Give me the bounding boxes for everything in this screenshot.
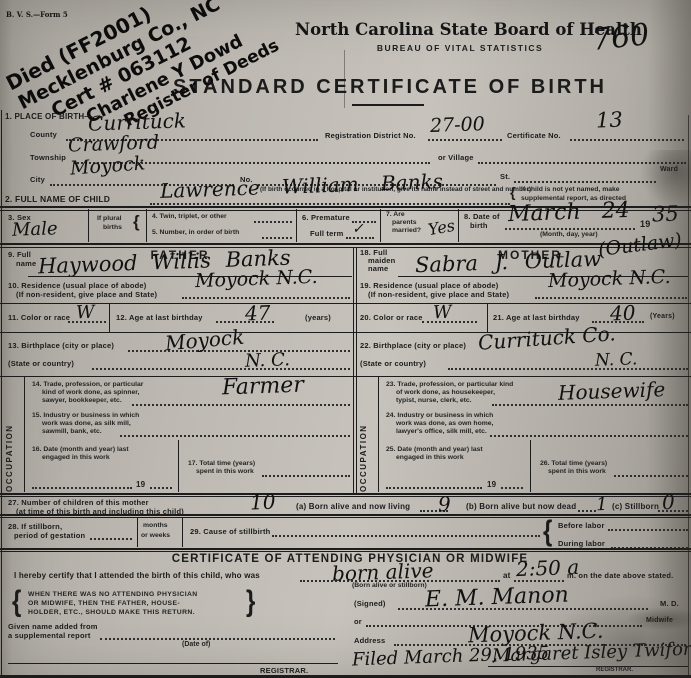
rule-line	[0, 243, 691, 245]
child-name-leader-line	[150, 203, 510, 205]
plural-brace: {	[133, 212, 140, 232]
father-residence-value: Moyock N.C.	[195, 266, 318, 292]
page-number-handwritten: 760	[590, 17, 651, 58]
father-age-value: 47	[245, 301, 271, 326]
father-race-label: 11. Color or race	[8, 313, 70, 322]
father-total-time-leader-line	[262, 475, 350, 477]
address-label: Address	[354, 636, 385, 645]
divider-line	[296, 209, 297, 242]
district-value: 27-00	[430, 113, 486, 137]
if-stillborn-label-1: 28. If stillborn,	[8, 522, 62, 531]
parents-married-label-1: 7. Are	[386, 211, 405, 218]
form-number: B. V. S.—Form 5	[6, 10, 68, 19]
if-stillborn-label-2: period of gestation	[14, 531, 85, 540]
md-label: M. D.	[660, 599, 679, 608]
parents-married-label-3: married?	[392, 227, 421, 234]
full-term-check: ✓	[352, 221, 364, 237]
rule-line	[0, 551, 691, 552]
mother-last-date-label-2: engaged in this work	[396, 454, 464, 461]
birth-order-label: 5. Number, in order of birth	[152, 229, 239, 236]
filing-registrar-underline	[488, 666, 688, 667]
born-alive-living-value: 9	[438, 492, 452, 516]
divider-line	[380, 209, 381, 242]
father-trade-label-3: sawyer, bookkeeper, etc.	[42, 397, 122, 404]
or-label: or	[354, 617, 362, 626]
mother-last-date-leader-line	[386, 487, 482, 489]
divider-line	[137, 518, 138, 547]
city-label: City	[30, 175, 45, 184]
father-race-value: W	[76, 302, 95, 324]
ward-label: Ward	[660, 166, 678, 173]
children-total-value: 10	[250, 490, 276, 515]
cause-of-stillbirth-label: 29. Cause of stillbirth	[190, 527, 270, 536]
child-name-value: Lawrence William Banks	[160, 169, 444, 203]
mother-residence-value: Moyock N.C.	[548, 266, 671, 292]
township-value: Crawford	[68, 131, 160, 156]
rule-line	[0, 517, 691, 518]
city-value: Moyock	[69, 152, 146, 179]
mother-trade-label-3: typist, nurse, clerk, etc.	[396, 397, 472, 404]
months-label: months	[143, 522, 168, 529]
or-village-label: or Village	[438, 153, 474, 162]
no-attending-note-2: OR MIDWIFE, THEN THE FATHER, HOUSE-	[28, 600, 180, 607]
midwife-label: Midwife	[646, 617, 673, 624]
divider-line	[458, 209, 459, 242]
divider-line	[109, 304, 110, 332]
org-title: North Carolina State Board of Health	[295, 20, 625, 39]
mother-residence-label-2: (If non-resident, give place and State)	[368, 290, 509, 299]
father-trade-leader-line	[132, 404, 350, 406]
st-leader-line	[514, 181, 656, 183]
mother-fullname-label-3: name	[368, 264, 388, 273]
father-birthplace-state-leader-line	[92, 368, 350, 370]
date-of-birth-value: March 24	[508, 198, 630, 227]
rule-line	[0, 303, 355, 304]
mother-birthplace-label: 22. Birthplace (city or place)	[360, 341, 466, 350]
father-fullname-label-1: 9. Full	[8, 250, 31, 259]
birth-order-leader-line	[262, 237, 292, 239]
mother-trade-leader-line	[492, 404, 688, 406]
mother-trade-value: Housewife	[558, 377, 666, 405]
dob-leader-line	[505, 228, 635, 230]
father-birthplace-label: 13. Birthplace (city or place)	[8, 341, 114, 350]
supplemental-leader-line	[100, 638, 335, 640]
birth-certificate-scan: B. V. S.—Form 5 North Carolina State Boa…	[0, 0, 691, 678]
district-leader-line	[428, 139, 502, 141]
mother-birthplace-state-value: N. C.	[595, 349, 638, 370]
mother-age-years-label: (Years)	[650, 313, 675, 320]
father-last-date-label-2: engaged in this work	[42, 454, 110, 461]
mother-industry-label-3: lawyer's office, silk mill, etc.	[396, 428, 487, 435]
bottom-border-line	[0, 675, 691, 678]
dob-year-value: 35	[652, 202, 680, 227]
divider-line	[182, 518, 183, 547]
born-alive-living-label: (a) Born alive and now living	[296, 502, 410, 511]
children-count-label-1: 27. Number of children of this mother	[8, 498, 149, 507]
mother-last-date-year-printed: 19	[487, 480, 496, 489]
divider-line	[24, 376, 25, 492]
father-trade-label-1: 14. Trade, profession, or particular	[32, 381, 143, 388]
right-border-line	[688, 115, 689, 676]
cause-leader-line	[272, 535, 540, 537]
rule-line	[0, 493, 691, 495]
mother-trade-label-2: of work done, as housekeeper,	[396, 389, 495, 396]
center-divider-line	[353, 247, 354, 493]
twin-label: 4. Twin, triplet, or other	[152, 213, 227, 220]
father-total-time-label-2: spent in this work	[196, 468, 254, 475]
father-industry-label-1: 15. Industry or business in which	[32, 412, 139, 419]
sex-value: Male	[12, 218, 58, 241]
bureau-subtitle: BUREAU OF VITAL STATISTICS	[295, 43, 625, 53]
father-industry-label-2: work was done, as silk mill,	[42, 420, 131, 427]
rule-line	[355, 303, 691, 304]
title-underline	[352, 104, 424, 106]
date-of-label: (Date of)	[182, 641, 210, 648]
before-labor-leader-line	[608, 529, 688, 531]
township-label: Township	[30, 153, 66, 162]
father-fullname-label-2: name	[16, 259, 36, 268]
registration-district-label: Registration District No.	[325, 131, 416, 140]
mother-industry-label-2: work was done, as own home,	[396, 420, 493, 427]
given-name-added-label-2: a supplemental report	[8, 631, 91, 640]
certify-statement: I hereby certify that I attended the bir…	[14, 571, 260, 580]
mother-trade-label-1: 23. Trade, profession, or particular kin…	[386, 381, 513, 388]
father-total-time-label-1: 17. Total time (years)	[188, 460, 255, 467]
parents-married-value: Yes	[427, 216, 457, 239]
left-border-line	[1, 110, 2, 676]
born-alive-dead-label: (b) Born alive but now dead	[466, 502, 576, 511]
mother-residence-leader-line	[535, 297, 687, 299]
or-weeks-label: or weeks	[141, 532, 170, 539]
registrar-signature-line	[8, 663, 338, 664]
plural-births-label-1: If plural	[97, 215, 122, 222]
mother-race-label: 20. Color or race	[360, 313, 423, 322]
gestation-leader-line	[90, 538, 132, 540]
mother-residence-label-1: 19. Residence (usual place of abode)	[360, 281, 499, 290]
at-label: at	[503, 571, 511, 580]
father-last-date-year-leader-line	[150, 487, 172, 489]
full-term-label: Full term	[310, 229, 343, 238]
divider-line	[530, 440, 531, 492]
certificate-no-value: 13	[596, 108, 624, 133]
child-note-brace: {	[510, 184, 516, 200]
county-label: County	[30, 130, 57, 139]
parents-married-label-2: parents	[392, 219, 417, 226]
rule-line	[0, 496, 691, 497]
mother-birthplace-state-label: (State or country)	[360, 359, 426, 368]
father-residence-label-1: 10. Residence (usual place of abode)	[8, 281, 147, 290]
registrar-small-label: REGISTRAR.	[596, 667, 633, 673]
center-divider-line	[356, 247, 357, 493]
father-age-label: 12. Age at last birthday	[116, 313, 203, 322]
divider-line	[146, 209, 147, 242]
condition-note: (Born alive or stillborn)	[352, 582, 427, 589]
father-industry-label-3: sawmill, bank, etc.	[42, 428, 102, 435]
no-attending-note-3: HOLDER, ETC., SHOULD MAKE THIS RETURN.	[28, 609, 195, 616]
father-residence-leader-line	[182, 297, 350, 299]
stillborn-count-value: 0	[662, 490, 676, 514]
certificate-no-leader-line	[570, 139, 684, 141]
mother-last-date-year-leader-line	[501, 487, 523, 489]
dob-year-printed: 19	[640, 219, 650, 229]
signed-label: (Signed)	[354, 599, 386, 608]
no-attending-brace-open: {	[12, 585, 22, 620]
given-name-added-label-1: Given name added from	[8, 622, 98, 631]
mother-last-date-label-1: 25. Date (month and year) last	[386, 446, 483, 453]
father-birthplace-state-label: (State or country)	[8, 359, 74, 368]
mother-occupation-side-label: OCCUPATION	[359, 388, 368, 492]
father-last-date-label-1: 16. Date (month and year) last	[32, 446, 129, 453]
father-industry-leader-line	[120, 435, 350, 437]
father-birthplace-state-value: N. C.	[245, 349, 291, 372]
date-of-birth-label-1: 8. Date of	[464, 212, 500, 221]
no-attending-brace-close: }	[246, 585, 256, 620]
full-term-leader-line	[346, 237, 374, 239]
dob-note: (Month, day, year)	[540, 231, 598, 238]
mother-industry-leader-line	[490, 435, 688, 437]
rule-line	[0, 514, 691, 516]
during-labor-label: During labor	[558, 539, 605, 548]
registrar-label: REGISTRAR.	[260, 666, 308, 675]
plural-births-label-2: births	[103, 224, 122, 231]
mother-race-value: W	[433, 302, 452, 324]
place-of-birth-label: 1. PLACE OF BIRTH—	[5, 112, 93, 121]
father-trade-label-2: kind of work done, as spinner,	[42, 389, 139, 396]
child-name-label: 2. FULL NAME OF CHILD	[5, 194, 110, 204]
before-labor-label: Before labor	[558, 521, 605, 530]
father-age-years-label: (years)	[305, 313, 331, 322]
twin-leader-line	[254, 221, 292, 223]
scan-smudge-ward	[640, 150, 691, 205]
no-attending-note-1: WHEN THERE WAS NO ATTENDING PHYSICIAN	[28, 591, 198, 598]
mother-age-label: 21. Age at last birthday	[493, 313, 580, 322]
father-trade-value: Farmer	[222, 373, 305, 401]
divider-line	[178, 440, 179, 492]
divider-line	[487, 304, 488, 332]
born-alive-dead-leader-line	[578, 510, 596, 512]
labor-brace: {	[543, 515, 553, 549]
father-last-date-leader-line	[32, 487, 132, 489]
premature-label: 6. Premature	[302, 213, 350, 222]
mother-maiden-note-value: (Outlaw)	[597, 229, 683, 261]
father-birthplace-leader-line	[128, 350, 350, 352]
date-of-birth-label-2: birth	[470, 221, 488, 230]
st-label: St.	[500, 172, 510, 181]
child-note-line1: If child is not yet named, make	[521, 186, 620, 193]
divider-line	[88, 209, 89, 242]
physician-signature-value: E. M. Manon	[425, 582, 570, 612]
certify-statement-end: m. on the date above stated.	[567, 571, 673, 580]
certificate-no-label: Certificate No.	[507, 131, 561, 140]
stillborn-count-label: (c) Stillborn	[612, 502, 659, 511]
father-occupation-side-label: OCCUPATION	[5, 388, 14, 492]
divider-line	[378, 376, 379, 492]
mother-industry-label-1: 24. Industry or business in which	[386, 412, 493, 419]
rule-line	[0, 548, 691, 550]
village-leader-line	[478, 162, 686, 164]
mother-total-time-label-1: 26. Total time (years)	[540, 460, 607, 467]
mother-total-time-leader-line	[614, 475, 688, 477]
mother-birthplace-state-leader-line	[448, 368, 688, 370]
father-last-date-year-printed: 19	[136, 480, 145, 489]
father-residence-label-2: (If non-resident, give place and State)	[16, 290, 157, 299]
born-alive-dead-value: 1	[596, 494, 608, 515]
mother-total-time-label-2: spent in this work	[548, 468, 606, 475]
